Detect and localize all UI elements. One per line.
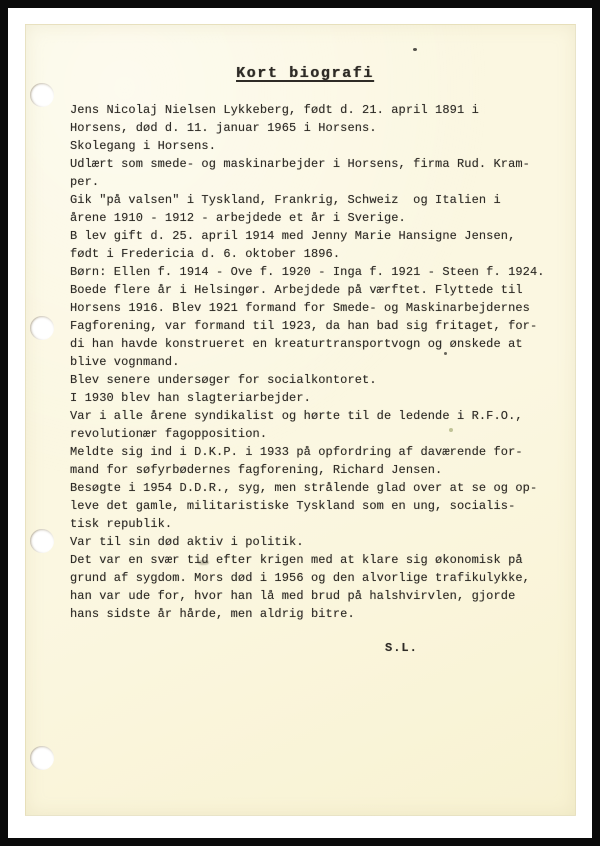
typed-line: Det var en svær tid efter krigen med at … [70,551,554,569]
typed-line: B lev gift d. 25. april 1914 med Jenny M… [70,227,554,245]
typed-line: Udlært som smede- og maskinarbejder i Ho… [70,155,554,173]
typed-line: Var i alle årene syndikalist og hørte ti… [70,407,554,425]
typed-line: Var til sin død aktiv i politik. [70,533,554,551]
typed-line: di han havde konstrueret en kreaturtrans… [70,335,554,353]
typed-line: Jens Nicolaj Nielsen Lykkeberg, født d. … [70,101,554,119]
typed-line: I 1930 blev han slagteriarbejder. [70,389,554,407]
typed-line: Skolegang i Horsens. [70,137,554,155]
scanned-document-page: Kort biografi Jens Nicolaj Nielsen Lykke… [0,0,600,846]
typed-line: Børn: Ellen f. 1914 - Ove f. 1920 - Inga… [70,263,554,281]
typed-line: født i Fredericia d. 6. oktober 1896. [70,245,554,263]
biography-text: Jens Nicolaj Nielsen Lykkeberg, født d. … [70,101,554,623]
typed-line: Horsens 1916. Blev 1921 formand for Smed… [70,299,554,317]
typed-line: mand for søfyrbødernes fagforening, Rich… [70,461,554,479]
signature-initials: S.L. [385,639,418,657]
typed-line: hans sidste år hårde, men aldrig bitre. [70,605,554,623]
typed-line: Blev senere undersøger for socialkontore… [70,371,554,389]
typed-line: leve det gamle, militaristiske Tyskland … [70,497,554,515]
typed-line: grund af sygdom. Mors død i 1956 og den … [70,569,554,587]
typed-line: revolutionær fagopposition. [70,425,554,443]
typed-line: Gik "på valsen" i Tyskland, Frankrig, Sc… [70,191,554,209]
typed-line: årene 1910 - 1912 - arbejdede et år i Sv… [70,209,554,227]
typed-line: per. [70,173,554,191]
document-content: Kort biografi Jens Nicolaj Nielsen Lykke… [33,32,584,824]
typed-line: han var ude for, hvor han lå med brud på… [70,587,554,605]
typed-line: tisk republik. [70,515,554,533]
typed-line: blive vognmand. [70,353,554,371]
typed-line: Horsens, død d. 11. januar 1965 i Horsen… [70,119,554,137]
typed-line: Meldte sig ind i D.K.P. i 1933 på opford… [70,443,554,461]
typed-line: Fagforening, var formand til 1923, da ha… [70,317,554,335]
typed-line: Boede flere år i Helsingør. Arbejdede på… [70,281,554,299]
page-title: Kort biografi [70,65,540,83]
typed-line: Besøgte i 1954 D.D.R., syg, men strålend… [70,479,554,497]
